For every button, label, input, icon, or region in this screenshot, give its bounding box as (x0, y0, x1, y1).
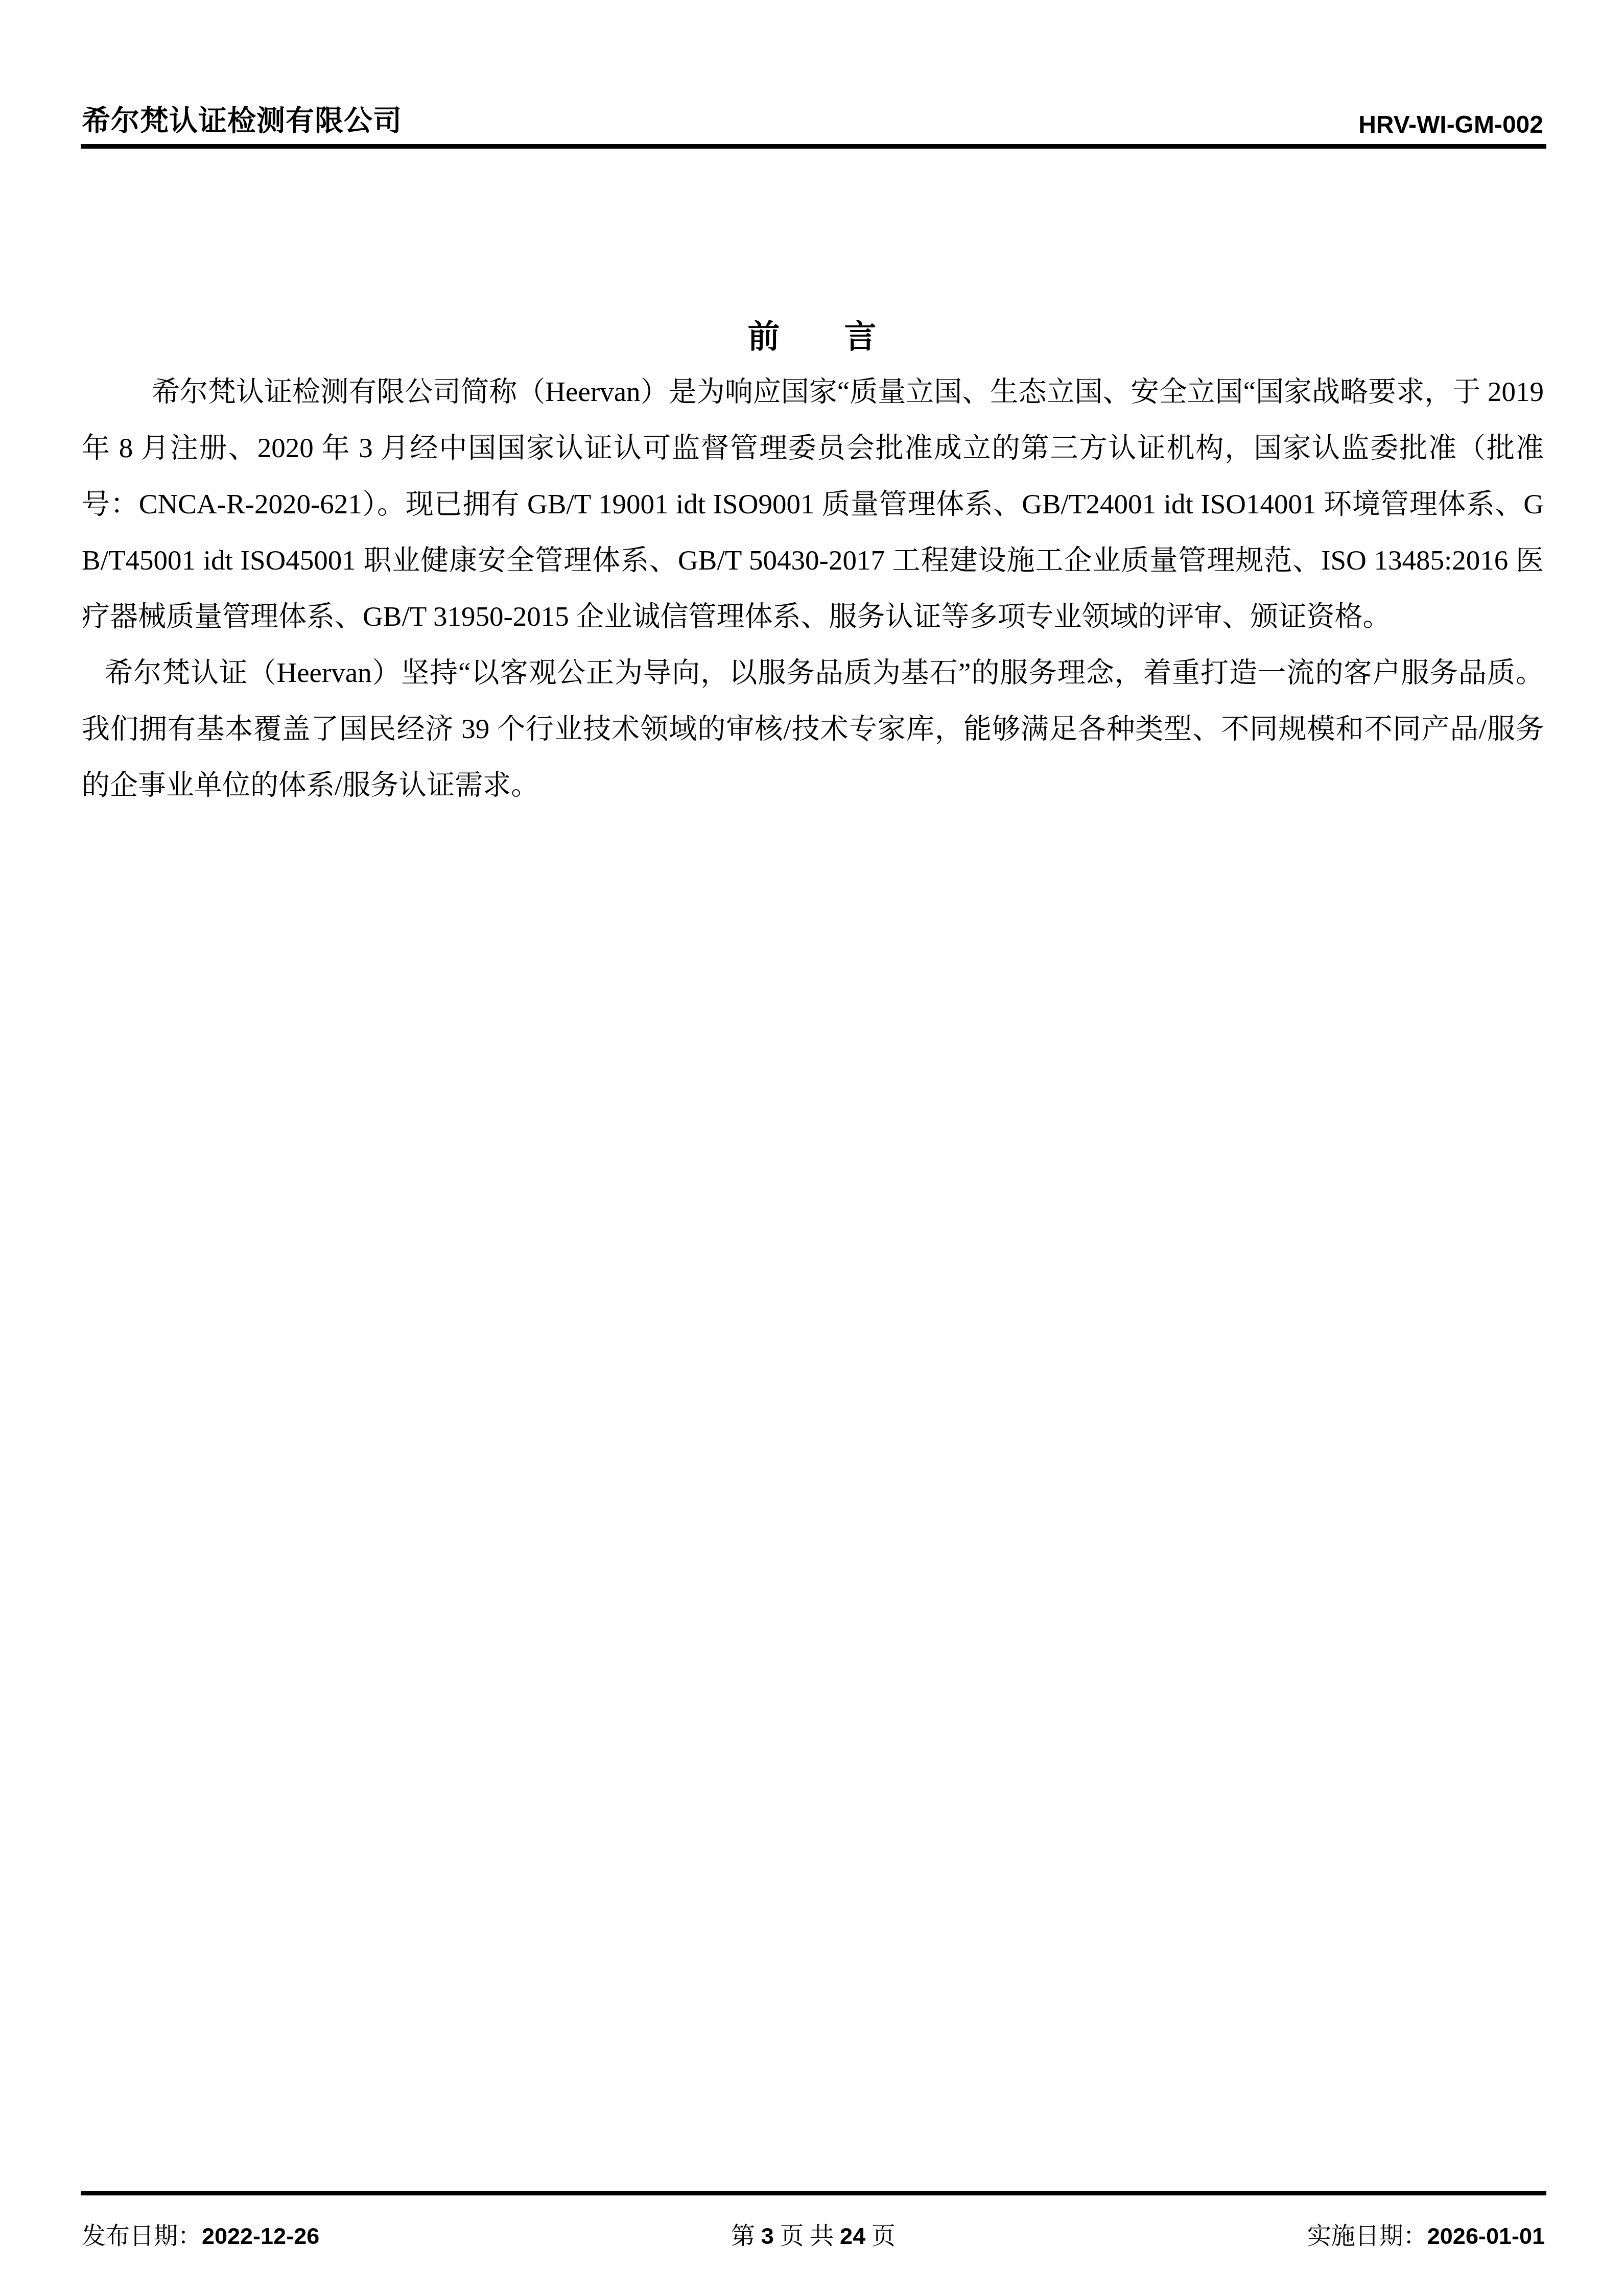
page-indicator: 第 3 页 共 24 页 (731, 2221, 896, 2252)
page-current-number: 3 (761, 2223, 774, 2249)
implementation-date: 实施日期：2026-01-01 (1307, 2221, 1545, 2252)
foreword-paragraph-2: 希尔梵认证（Heervan）坚持“以客观公正为导向，以服务品质为基石”的服务理念… (82, 645, 1544, 813)
page-indicator-suffix: 页 (865, 2223, 896, 2250)
implementation-date-label: 实施日期： (1307, 2223, 1427, 2250)
foreword-paragraph-1: 希尔梵认证检测有限公司简称（Heervan）是为响应国家“质量立国、生态立国、安… (82, 364, 1544, 645)
header-divider (81, 144, 1546, 149)
page-indicator-prefix: 第 (731, 2223, 761, 2250)
footer-divider (81, 2191, 1546, 2195)
release-date-label: 发布日期： (82, 2223, 202, 2250)
page-footer: 发布日期：2022-12-26 第 3 页 共 24 页 实施日期：2026-0… (82, 2221, 1545, 2252)
page-indicator-middle: 页 共 (774, 2223, 840, 2250)
doc-number: HRV-WI-GM-002 (1358, 111, 1543, 139)
page-header: 希尔梵认证检测有限公司 HRV-WI-GM-002 (82, 98, 1543, 139)
implementation-date-value: 2026-01-01 (1427, 2223, 1545, 2249)
document-page: 希尔梵认证检测有限公司 HRV-WI-GM-002 前 言 希尔梵认证检测有限公… (0, 0, 1624, 2294)
page-total-number: 24 (840, 2223, 865, 2249)
document-body: 希尔梵认证检测有限公司简称（Heervan）是为响应国家“质量立国、生态立国、安… (82, 364, 1544, 813)
release-date: 发布日期：2022-12-26 (82, 2221, 319, 2252)
company-name: 希尔梵认证检测有限公司 (82, 98, 402, 139)
page-title: 前 言 (0, 311, 1624, 357)
release-date-value: 2022-12-26 (202, 2223, 319, 2249)
